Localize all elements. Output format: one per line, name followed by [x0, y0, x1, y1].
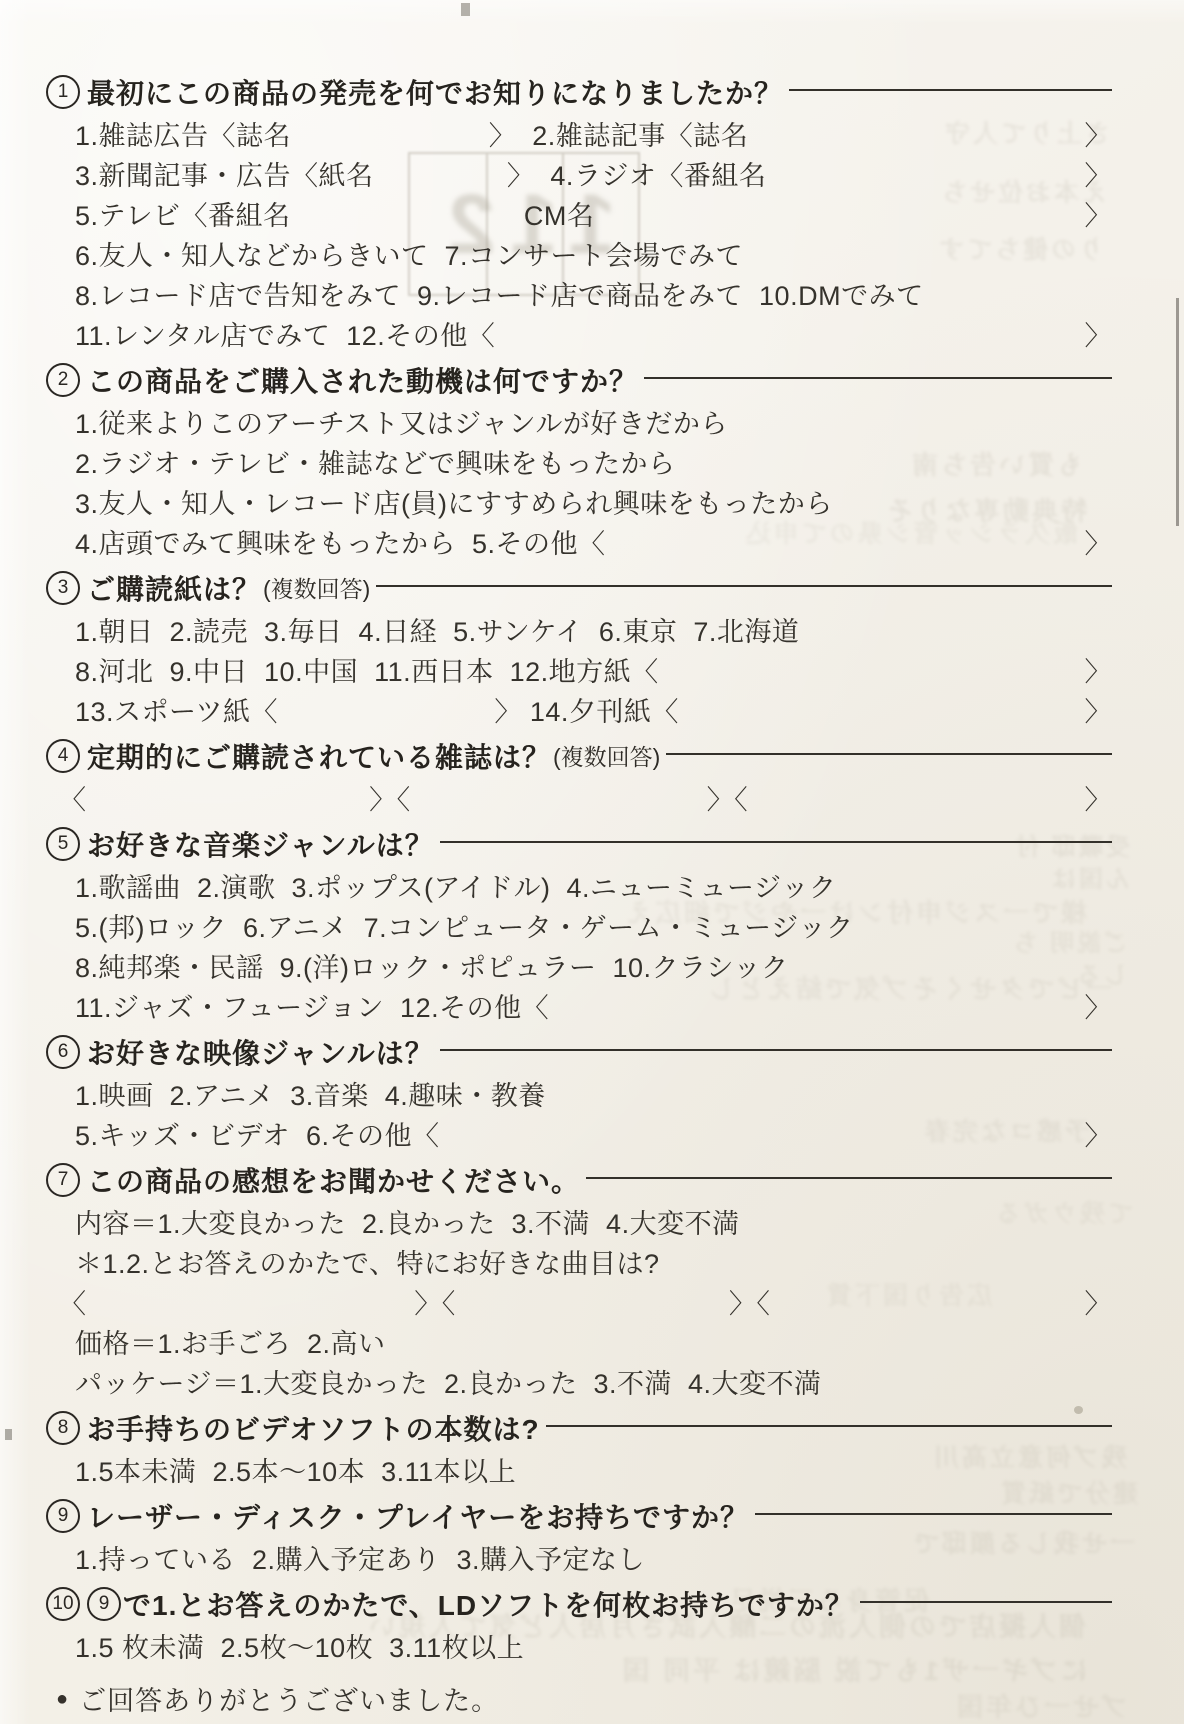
scan-artifact — [5, 1429, 12, 1440]
answer-line: 価格＝1.お手ごろ 2.高い — [46, 1321, 1112, 1361]
answer-text: 1.5本未満 2.5本〜10本 3.11本以上 — [75, 1450, 516, 1489]
scan-artifact — [1074, 1406, 1083, 1414]
question-number: 4 — [46, 739, 80, 773]
question-heading: 1最初にこの商品の発売を何でお知りになりましたか？ — [46, 70, 1112, 113]
answer-line: パッケージ＝1.大変良かった 2.良かった 3.不満 4.大変不満 — [46, 1361, 1112, 1401]
closing-text: ご回答ありがとうございました。 — [79, 1679, 499, 1718]
fill-in-gap — [290, 213, 523, 214]
fill-in-gap — [766, 173, 1084, 174]
answer-text: 4.店頭でみて興味をもったから 5.その他〈 — [75, 522, 606, 561]
question-heading: 9レーザー・ディスク・プレイヤーをお持ちですか？ — [46, 1494, 1112, 1537]
question-subtitle: (複数回答) — [553, 739, 660, 772]
answer-text: ＊1.2.とお答えのかたで、特にお好きな曲目は? — [75, 1242, 660, 1281]
question-title: お手持ちのビデオソフトの本数は? — [87, 1408, 540, 1448]
answer-text: 価格＝1.お手ごろ 2.高い — [75, 1322, 386, 1361]
question-title: お好きな音楽ジャンルは？ — [87, 824, 434, 864]
heading-rule — [546, 1425, 1112, 1427]
heading-rule — [789, 89, 1112, 91]
question-heading: 8お手持ちのビデオソフトの本数は? — [46, 1406, 1112, 1449]
answer-text: 〉 — [1085, 650, 1113, 689]
heading-rule — [440, 841, 1112, 843]
question-block: 109で1.とお答えのかたで、LDソフトを何枚お持ちですか？1.5 枚未満 2.… — [46, 1582, 1112, 1665]
answer-line: 4.店頭でみて興味をもったから 5.その他〈〉 — [46, 521, 1112, 561]
answer-text: 〉 — [1085, 690, 1113, 729]
answer-text: 〈 — [59, 778, 87, 817]
answer-text: 〈 — [59, 1282, 87, 1321]
question-block: 8お手持ちのビデオソフトの本数は?1.5本未満 2.5本〜10本 3.11本以上 — [46, 1406, 1112, 1489]
answer-text: 〉 — [1085, 154, 1113, 193]
answer-line: 5.キッズ・ビデオ 6.その他〈〉 — [46, 1113, 1112, 1153]
answer-text: 3.友人・知人・レコード店(員)にすすめられ興味をもったから — [75, 482, 833, 521]
answer-text: 8.河北 9.中日 10.中国 11.西日本 12.地方紙〈 — [75, 650, 659, 689]
answer-text: 1.従来よりこのアーチスト又はジャンルが好きだから — [75, 402, 728, 441]
questionnaire-content: 1最初にこの商品の発売を何でお知りになりましたか？1.雑誌広告〈誌名〉 2.雑誌… — [46, 70, 1112, 1718]
question-number: 6 — [46, 1035, 80, 1069]
question-title: ご購読紙は？ — [87, 568, 261, 608]
question-block: 2この商品をご購入された動機は何ですか？1.従来よりこのアーチスト又はジャンルが… — [46, 358, 1112, 561]
fill-in-gap — [606, 541, 1085, 542]
answer-text: 〉 — [1085, 194, 1113, 233]
scanned-questionnaire-card: 112さ上りて人守え本お位せちりの健ちてすも質い告ち南特典動専なりそ飯久ラシッ管… — [0, 0, 1184, 1724]
fill-in-gap — [549, 1005, 1084, 1006]
answer-line: 内容＝1.大変良かった 2.良かった 3.不満 4.大変不満 — [46, 1201, 1112, 1241]
question-subtitle: (複数回答) — [263, 571, 370, 604]
fill-in-gap — [456, 1301, 729, 1302]
scan-artifact — [1176, 298, 1179, 526]
fill-in-gap — [374, 173, 507, 174]
answer-text: 1.5 枚未満 2.5枚〜10枚 3.11枚以上 — [75, 1626, 524, 1665]
fill-in-gap — [748, 133, 1084, 134]
answer-text: 1.雑誌広告〈誌名 — [75, 114, 291, 153]
question-heading: 4定期的にご購読されている雑誌は？(複数回答) — [46, 734, 1112, 777]
question-ref-number: 9 — [87, 1587, 121, 1621]
question-block: 4定期的にご購読されている雑誌は？(複数回答)〈〉〈〉〈〉 — [46, 734, 1112, 817]
question-number: 1 — [46, 75, 80, 109]
answer-text: 3.新聞記事・広告〈紙名 — [75, 154, 374, 193]
fill-in-gap — [495, 333, 1084, 334]
question-block: 1最初にこの商品の発売を何でお知りになりましたか？1.雑誌広告〈誌名〉 2.雑誌… — [46, 70, 1112, 353]
answer-line: 8.レコード店で告知をみて 9.レコード店で商品をみて 10.DMでみて — [46, 273, 1112, 313]
question-title: 最初にこの商品の発売を何でお知りになりましたか？ — [87, 72, 783, 112]
answer-line: 5.(邦)ロック 6.アニメ 7.コンピュータ・ゲーム・ミュージック — [46, 905, 1112, 945]
question-title: で1.とお答えのかたで、LDソフトを何枚お持ちですか？ — [123, 1584, 854, 1624]
fill-in-gap — [659, 669, 1085, 670]
answer-text: 〉 — [1085, 1114, 1113, 1153]
question-heading: 2この商品をご購入された動機は何ですか？ — [46, 358, 1112, 401]
question-title: お好きな映像ジャンルは？ — [87, 1032, 434, 1072]
answer-line: 1.5本未満 2.5本〜10本 3.11本以上 — [46, 1449, 1112, 1489]
question-title: この商品をご購入された動機は何ですか？ — [87, 360, 638, 400]
bullet-icon: ● — [56, 1688, 69, 1711]
answer-line: 1.映画 2.アニメ 3.音楽 4.趣味・教養 — [46, 1073, 1112, 1113]
answer-text: 〉 14.夕刊紙〈 — [494, 690, 679, 729]
question-block: 6お好きな映像ジャンルは？1.映画 2.アニメ 3.音楽 4.趣味・教養5.キッ… — [46, 1030, 1112, 1153]
answer-line: 1.歌謡曲 2.演歌 3.ポップス(アイドル) 4.ニューミュージック — [46, 865, 1112, 905]
heading-rule — [644, 377, 1112, 379]
answer-text: 1.映画 2.アニメ 3.音楽 4.趣味・教養 — [75, 1074, 546, 1113]
question-list: 1最初にこの商品の発売を何でお知りになりましたか？1.雑誌広告〈誌名〉 2.雑誌… — [46, 70, 1112, 1665]
heading-rule — [586, 1177, 1112, 1179]
scan-artifact — [461, 3, 470, 16]
answer-text: 〉〈 — [707, 778, 749, 817]
question-number: 5 — [46, 827, 80, 861]
answer-text: 11.レンタル店でみて 12.その他〈 — [75, 314, 495, 353]
answer-text: 11.ジャズ・フュージョン 12.その他〈 — [75, 986, 549, 1025]
answer-text: 8.純邦楽・民謡 9.(洋)ロック・ポピュラー 10.クラシック — [75, 946, 788, 985]
answer-text: 〉〈 — [369, 778, 411, 817]
heading-rule — [860, 1601, 1112, 1603]
answer-line: 11.レンタル店でみて 12.その他〈〉 — [46, 313, 1112, 353]
question-number: 10 — [46, 1587, 80, 1621]
fill-in-gap — [87, 1301, 415, 1302]
answer-line: 13.スポーツ紙〈〉 14.夕刊紙〈〉 — [46, 689, 1112, 729]
answer-text: 2.ラジオ・テレビ・雑誌などで興味をもったから — [75, 442, 675, 481]
answer-text: 8.レコード店で告知をみて 9.レコード店で商品をみて 10.DMでみて — [75, 274, 924, 313]
question-number: 3 — [46, 571, 80, 605]
answer-line: 1.雑誌広告〈誌名〉 2.雑誌記事〈誌名〉 — [46, 113, 1112, 153]
heading-rule — [755, 1513, 1112, 1515]
fill-in-gap — [594, 213, 1084, 214]
question-number: 8 — [46, 1411, 80, 1445]
answer-line: 〈〉〈〉〈〉 — [46, 1281, 1112, 1321]
question-number: 9 — [46, 1499, 80, 1533]
question-heading: 5お好きな音楽ジャンルは？ — [46, 822, 1112, 865]
answer-line: 8.河北 9.中日 10.中国 11.西日本 12.地方紙〈〉 — [46, 649, 1112, 689]
answer-text: 内容＝1.大変良かった 2.良かった 3.不満 4.大変不満 — [75, 1202, 740, 1241]
answer-text: 5.キッズ・ビデオ 6.その他〈 — [75, 1114, 439, 1153]
question-heading: 7この商品の感想をお聞かせください。 — [46, 1158, 1112, 1201]
answer-text: 〉 — [1085, 1282, 1113, 1321]
answer-text: CM名 — [524, 194, 595, 233]
question-heading: 109で1.とお答えのかたで、LDソフトを何枚お持ちですか？ — [46, 1582, 1112, 1625]
heading-rule — [666, 753, 1112, 755]
question-heading: 6お好きな映像ジャンルは？ — [46, 1030, 1112, 1073]
fill-in-gap — [679, 709, 1085, 710]
fill-in-gap — [439, 1133, 1084, 1134]
question-title: レーザー・ディスク・プレイヤーをお持ちですか？ — [87, 1496, 749, 1536]
answer-text: 〉〈 — [729, 1282, 771, 1321]
question-number: 7 — [46, 1163, 80, 1197]
answer-text: 1.朝日 2.読売 3.毎日 4.日経 5.サンケイ 6.東京 7.北海道 — [75, 610, 799, 649]
answer-text: 〉 — [1085, 314, 1113, 353]
question-number: 2 — [46, 363, 80, 397]
question-block: 5お好きな音楽ジャンルは？1.歌謡曲 2.演歌 3.ポップス(アイドル) 4.ニ… — [46, 822, 1112, 1025]
answer-text: 〉 2.雑誌記事〈誌名 — [489, 114, 749, 153]
question-block: 3ご購読紙は？(複数回答)1.朝日 2.読売 3.毎日 4.日経 5.サンケイ … — [46, 566, 1112, 729]
answer-line: 8.純邦楽・民謡 9.(洋)ロック・ポピュラー 10.クラシック — [46, 945, 1112, 985]
answer-line: ＊1.2.とお答えのかたで、特にお好きな曲目は? — [46, 1241, 1112, 1281]
answer-text: 1.歌謡曲 2.演歌 3.ポップス(アイドル) 4.ニューミュージック — [75, 866, 836, 905]
answer-line: 2.ラジオ・テレビ・雑誌などで興味をもったから — [46, 441, 1112, 481]
fill-in-gap — [411, 797, 707, 798]
answer-line: 6.友人・知人などからきいて 7.コンサート会場でみて — [46, 233, 1112, 273]
answer-line: 1.朝日 2.読売 3.毎日 4.日経 5.サンケイ 6.東京 7.北海道 — [46, 609, 1112, 649]
question-title: この商品の感想をお聞かせください。 — [87, 1160, 580, 1200]
heading-rule — [440, 1049, 1112, 1051]
answer-text: 〉 — [1085, 522, 1113, 561]
answer-line: 1.持っている 2.購入予定あり 3.購入予定なし — [46, 1537, 1112, 1577]
fill-in-gap — [748, 797, 1084, 798]
question-heading: 3ご購読紙は？(複数回答) — [46, 566, 1112, 609]
fill-in-gap — [291, 133, 489, 134]
answer-line: 1.従来よりこのアーチスト又はジャンルが好きだから — [46, 401, 1112, 441]
fill-in-gap — [770, 1301, 1084, 1302]
answer-text: 5.テレビ〈番組名 — [75, 194, 290, 233]
heading-rule — [376, 585, 1112, 587]
answer-line: 3.友人・知人・レコード店(員)にすすめられ興味をもったから — [46, 481, 1112, 521]
answer-line: 1.5 枚未満 2.5枚〜10枚 3.11枚以上 — [46, 1625, 1112, 1665]
answer-text: 〉 — [1085, 778, 1113, 817]
fill-in-gap — [278, 709, 494, 710]
fill-in-gap — [87, 797, 370, 798]
answer-line: 5.テレビ〈番組名CM名〉 — [46, 193, 1112, 233]
answer-text: 13.スポーツ紙〈 — [75, 690, 278, 729]
answer-text: 〉 4.ラジオ〈番組名 — [507, 154, 767, 193]
question-title: 定期的にご購読されている雑誌は？ — [87, 736, 551, 776]
answer-text: 5.(邦)ロック 6.アニメ 7.コンピュータ・ゲーム・ミュージック — [75, 906, 854, 945]
answer-text: 6.友人・知人などからきいて 7.コンサート会場でみて — [75, 234, 743, 273]
closing-note: ● ご回答ありがとうございました。 — [46, 1679, 1112, 1718]
answer-text: 〉〈 — [414, 1282, 456, 1321]
answer-text: 1.持っている 2.購入予定あり 3.購入予定なし — [75, 1538, 645, 1577]
answer-line: 3.新聞記事・広告〈紙名〉 4.ラジオ〈番組名〉 — [46, 153, 1112, 193]
answer-text: パッケージ＝1.大変良かった 2.良かった 3.不満 4.大変不満 — [75, 1362, 822, 1401]
answer-line: 11.ジャズ・フュージョン 12.その他〈〉 — [46, 985, 1112, 1025]
answer-line: 〈〉〈〉〈〉 — [46, 777, 1112, 817]
question-block: 9レーザー・ディスク・プレイヤーをお持ちですか？1.持っている 2.購入予定あり… — [46, 1494, 1112, 1577]
answer-text: 〉 — [1085, 986, 1113, 1025]
question-block: 7この商品の感想をお聞かせください。内容＝1.大変良かった 2.良かった 3.不… — [46, 1158, 1112, 1401]
answer-text: 〉 — [1085, 114, 1113, 153]
